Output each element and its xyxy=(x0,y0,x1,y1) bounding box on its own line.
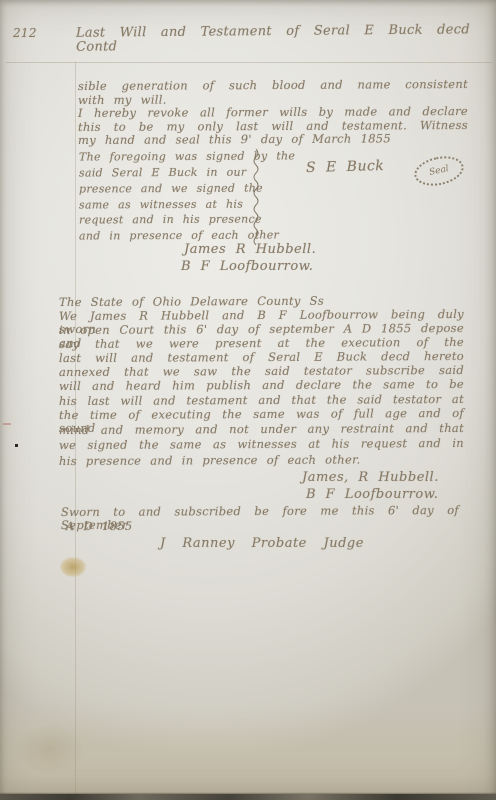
probate-line: will and heard him publish and declare t… xyxy=(59,378,464,393)
attestation-line: presence and we signed the xyxy=(79,183,269,196)
red-mark xyxy=(3,423,11,425)
attestation-line: request and in his presence xyxy=(79,214,269,227)
witness-signature: James R Hubbell. xyxy=(184,243,316,257)
brace-squiggle xyxy=(249,149,263,245)
will-record-page: 212 Last Will and Testament of Seral E B… xyxy=(0,0,496,800)
testator-signature: S E Buck xyxy=(306,159,385,176)
paper-smudge xyxy=(15,725,83,773)
witness-signature: B F Loofbourrow. xyxy=(181,260,313,274)
ink-speck xyxy=(15,444,18,447)
ink-stain xyxy=(60,557,86,577)
attestation-line: said Seral E Buck in our xyxy=(79,167,269,180)
book-bottom-edge xyxy=(0,794,496,800)
will-text-line: my hand and seal this 9' day of March 18… xyxy=(78,132,468,147)
attestation-line: The foregoing was signed by the xyxy=(79,151,269,164)
seal-label: Seal xyxy=(428,164,449,178)
seal-stamp: Seal xyxy=(412,152,467,190)
header-rule-line xyxy=(6,62,492,63)
witness-signature: B F Loofbourrow. xyxy=(306,488,438,502)
will-text-line: sible generation of such blood and name … xyxy=(78,78,468,93)
attestation-line: same as witnesses at his xyxy=(79,199,269,212)
jurat-line: A D 1855 xyxy=(66,520,133,533)
probate-line: we signed the same as witnesses at his r… xyxy=(59,437,464,452)
probate-line: his presence and in presence of each oth… xyxy=(59,453,464,468)
page-title: Last Will and Testament of Seral E Buck … xyxy=(76,23,470,55)
judge-signature: J Ranney Probate Judge xyxy=(160,537,364,551)
witness-signature: James, R Hubbell. xyxy=(302,471,439,485)
attestation-line: and in presence of each other xyxy=(79,230,269,243)
probate-line: mind and memory and not under any restra… xyxy=(59,422,464,437)
page-number: 212 xyxy=(13,27,37,40)
